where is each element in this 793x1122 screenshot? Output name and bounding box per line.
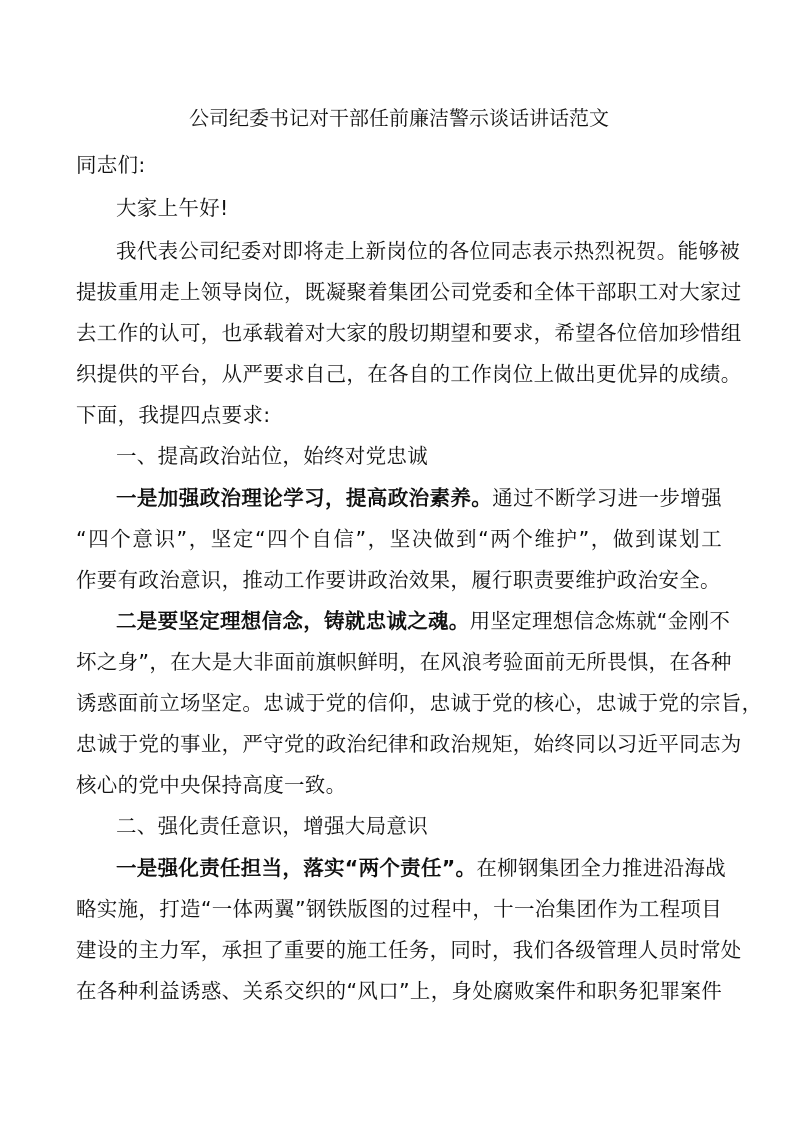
paragraph-line: 建设的主力军，承担了重要的施工任务，同时，我们各级管理人员时常处 — [76, 936, 722, 964]
paragraph-line: 在各种利益诱惑、关系交织的“风口”上，身处腐败案件和职务犯罪案件 — [76, 977, 722, 1005]
bold-lead: 一是加强政治理论学习，提高政治素养。 — [116, 486, 492, 510]
salutation: 同志们: — [76, 151, 146, 179]
section-heading-1: 一、提高政治站位，始终对党忠诚 — [116, 442, 428, 470]
document-title: 公司纪委书记对干部任前廉洁警示谈话讲话范文 — [76, 104, 722, 132]
paragraph-line: 核心的党中央保持高度一致。 — [76, 771, 346, 799]
section-heading-2: 二、强化责任意识，增强大局意识 — [116, 812, 428, 840]
paragraph-line: 诱惑面前立场坚定。忠诚于党的信仰，忠诚于党的核心，忠诚于党的宗旨， — [76, 689, 722, 717]
paragraph-line: 我代表公司纪委对即将走上新岗位的各位同志表示热烈祝贺。能够被 — [116, 237, 722, 265]
paragraph-line: 坏之身”，在大是大非面前旗帜鲜明，在风浪考验面前无所畏惧，在各种 — [76, 648, 722, 676]
bold-lead: 二是要坚定理想信念，铸就忠诚之魂。 — [116, 609, 470, 633]
greeting: 大家上午好! — [116, 194, 229, 222]
paragraph-line: 作要有政治意识，推动工作要讲政治效果，履行职责要维护政治安全。 — [76, 566, 721, 594]
paragraph-line: 提拔重用走上领导岗位，既凝聚着集团公司党委和全体干部职工对大家过 — [76, 278, 722, 306]
paragraph-line: 一是强化责任担当，落实“两个责任”。在柳钢集团全力推进沿海战 — [116, 854, 722, 882]
paragraph-line: 一是加强政治理论学习，提高政治素养。通过不断学习进一步增强 — [116, 484, 722, 512]
bold-lead: 一是强化责任担当，落实“两个责任”。 — [116, 856, 476, 880]
paragraph-line: “四个意识”，坚定“四个自信”，坚决做到“两个维护”，做到谋划工 — [76, 525, 722, 553]
paragraph-line: 二是要坚定理想信念，铸就忠诚之魂。用坚定理想信念炼就“金刚不 — [116, 607, 722, 635]
paragraph-line: 去工作的认可，也承载着对大家的殷切期望和要求，希望各位倍加珍惜组 — [76, 319, 722, 347]
paragraph-line: 织提供的平台，从严要求自己，在各自的工作岗位上做出更优异的成绩。 — [76, 360, 722, 388]
paragraph-line: 下面，我提四点要求: — [76, 401, 270, 429]
paragraph-line: 忠诚于党的事业，严守党的政治纪律和政治规矩，始终同以习近平同志为 — [76, 730, 722, 758]
paragraph-line: 略实施，打造“一体两翼”钢铁版图的过程中，十一冶集团作为工程项目 — [76, 895, 722, 923]
